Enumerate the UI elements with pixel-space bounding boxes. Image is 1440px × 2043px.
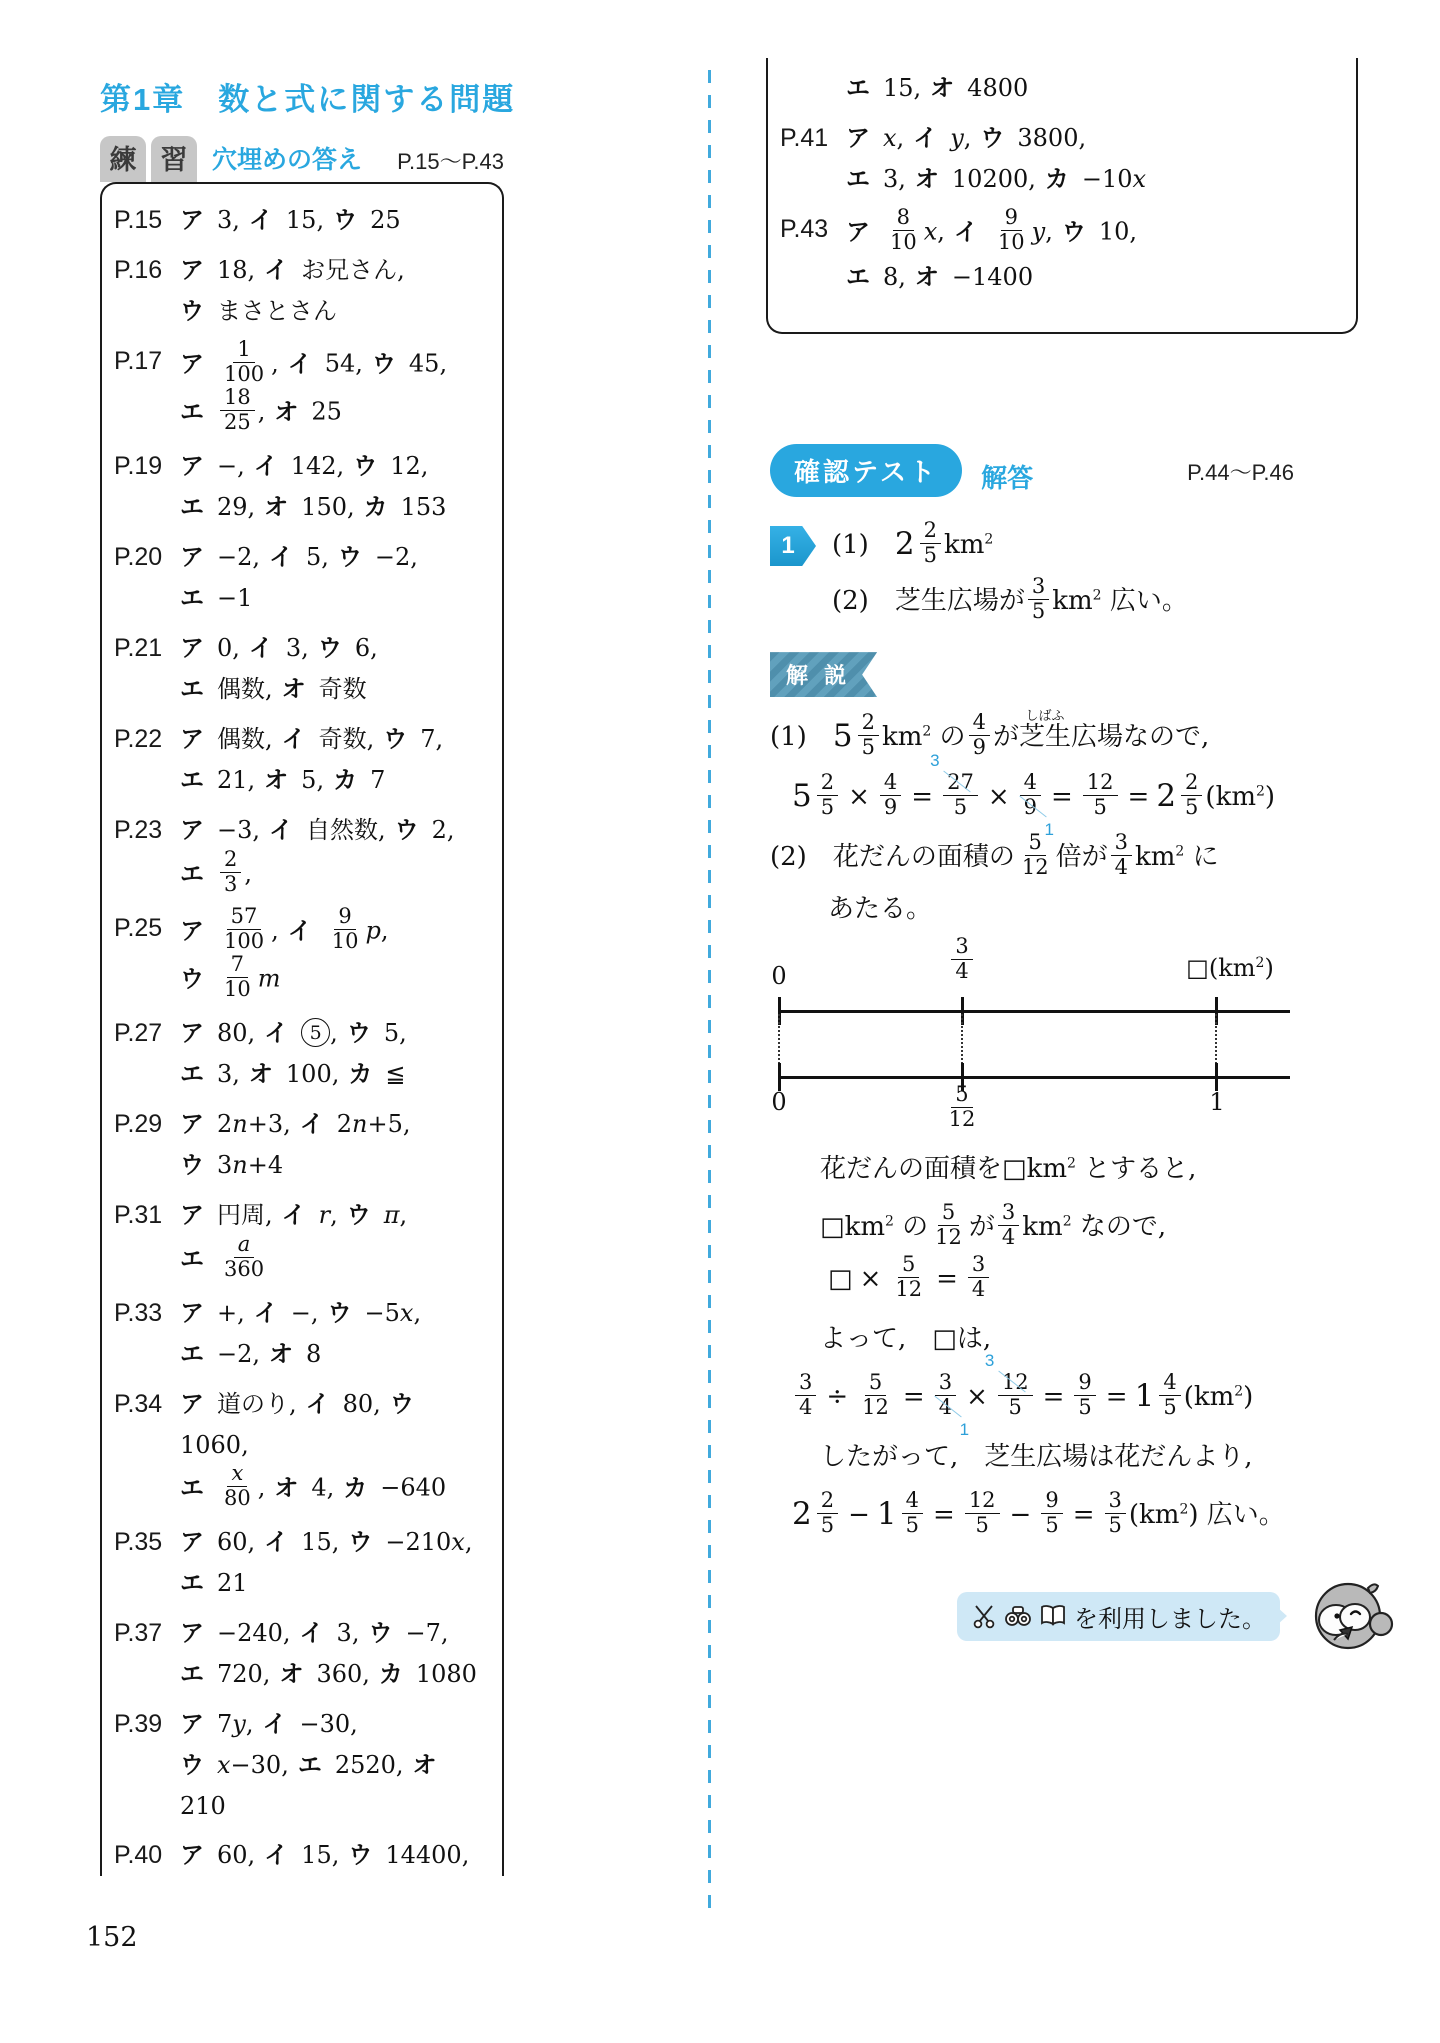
option-label: イ: [300, 1111, 324, 1138]
mixed-number: 225: [895, 522, 944, 570]
option-label: エ: [846, 166, 870, 193]
answer-line: ア+,イ−,ウ−5x,: [180, 1293, 492, 1334]
practice-answer-box: P.15ア3,イ15,ウ25P.16ア18,イお兄さん,ウまさとさんP.17ア1…: [100, 182, 504, 1876]
option-label: オ: [269, 1341, 293, 1368]
answer-line: エa360: [180, 1236, 492, 1284]
option-label: ア: [180, 257, 204, 284]
answer-row: P.33ア+,イ−,ウ−5x,エ−2,オ8: [114, 1293, 492, 1375]
option-label: ア: [180, 1529, 204, 1556]
option-label: ウ: [383, 726, 407, 753]
option-label: イ: [254, 453, 278, 480]
option-label: ウ: [390, 1391, 414, 1418]
answer-row: P.20ア−2,イ5,ウ−2,エ−1: [114, 537, 492, 619]
explanation-line: □km2 の512が34km2 なので,: [770, 1204, 1402, 1252]
option-label: ウ: [180, 1752, 204, 1779]
axis-label-top-0: 0: [768, 962, 790, 990]
answer-row: P.29ア2n+3,イ2n+5,ウ3n+4: [114, 1104, 492, 1186]
fraction: 710: [220, 953, 255, 1001]
option-label: ア: [180, 726, 204, 753]
fraction: 23: [220, 848, 241, 896]
page-ref: P.40: [114, 1835, 180, 1876]
explanation-line: 花だんの面積を□km2 とすると,: [770, 1146, 1402, 1192]
practice-page-range: P.15〜P.43: [397, 145, 504, 176]
number-line-top: [778, 1010, 1290, 1013]
option-label: エ: [180, 767, 204, 794]
option-label: イ: [262, 1711, 286, 1738]
option-label: ア: [180, 1711, 204, 1738]
page-ref: P.21: [114, 628, 180, 710]
answer-line: ウx−30,エ2520,オ210: [180, 1745, 492, 1826]
axis-label-top-unknown: □(km2): [1170, 954, 1290, 982]
fraction: x80: [220, 1462, 255, 1510]
fraction: 810: [886, 206, 921, 254]
option-label: ア: [180, 1300, 204, 1327]
option-label: ウ: [318, 635, 342, 662]
fraction: 49: [880, 771, 901, 819]
option-label: エ: [180, 1475, 204, 1502]
answer-line: エ29,オ150,カ153: [180, 487, 492, 528]
page-number: 152: [86, 1922, 138, 1953]
option-label: イ: [954, 219, 978, 246]
option-label: ウ: [180, 1152, 204, 1179]
explanation-line: (1) 525km2 の49が芝生しばふ広場なので,: [770, 709, 1402, 762]
option-label: オ: [279, 1661, 303, 1688]
answer-line: ア2n+3,イ2n+5,: [180, 1104, 492, 1145]
answer-line: エ3,オ10200,カ−10x: [846, 159, 1342, 200]
option-label: オ: [282, 676, 306, 703]
option-label: エ: [180, 1246, 204, 1273]
option-label: エ: [180, 494, 204, 521]
test-answer-label: 解答: [981, 463, 1033, 493]
option-label: カ: [343, 1475, 367, 1502]
answer-row: P.23ア−3,イ自然数,ウ2,エ23,: [114, 810, 492, 899]
mixed-number: 145: [1135, 1374, 1184, 1422]
option-label: エ: [180, 585, 204, 612]
answer-line: エ720,オ360,カ1080: [180, 1654, 492, 1695]
tool-usage-text: を利用しました。: [1074, 1599, 1266, 1634]
test-badge: 確認テスト: [770, 444, 962, 497]
explanation-line: あたる。: [770, 886, 1402, 932]
fraction: 491: [1020, 771, 1041, 819]
fraction: 34: [951, 935, 972, 983]
option-label: カ: [333, 767, 357, 794]
option-label: ア: [180, 453, 204, 480]
cancel-digit: 3: [985, 1352, 994, 1369]
option-label: ウ: [333, 207, 357, 234]
problem-1-answer-line: 1 (1) 225km2: [770, 522, 1402, 570]
fraction: 35: [1105, 1489, 1126, 1537]
mixed-number: 225: [792, 1492, 841, 1540]
answer-row: P.21ア0,イ3,ウ6,エ偶数,オ奇数: [114, 628, 492, 710]
answer-row: P.22ア偶数,イ奇数,ウ7,エ21,オ5,カ7: [114, 719, 492, 801]
option-label: オ: [249, 1061, 273, 1088]
answer-line: ア偶数,イ奇数,ウ7,: [180, 719, 492, 760]
option-label: イ: [306, 1391, 330, 1418]
option-label: イ: [264, 1529, 288, 1556]
fraction: 512: [1018, 831, 1053, 879]
option-label: オ: [264, 767, 288, 794]
option-label: イ: [264, 257, 288, 284]
option-label: オ: [274, 1475, 298, 1502]
option-label: イ: [269, 817, 293, 844]
answer-line: ウ710m: [180, 956, 492, 1004]
option-label: ア: [180, 1620, 204, 1647]
option-label: ア: [180, 351, 204, 378]
axis-label-bottom-0: 0: [768, 1088, 790, 1116]
answer-row: P.31ア円周,イr,ウπ,エa360: [114, 1195, 492, 1284]
option-label: ウ: [180, 966, 204, 993]
option-label: エ: [180, 1341, 204, 1368]
option-label: ア: [180, 544, 204, 571]
option-label: エ: [180, 861, 204, 888]
option-label: ウ: [348, 1842, 372, 1869]
option-label: オ: [915, 264, 939, 291]
binoculars-icon: [1004, 1603, 1032, 1629]
option-label: カ: [348, 1061, 372, 1088]
answer-row: P.37ア−240,イ3,ウ−7,エ720,オ360,カ1080: [114, 1613, 492, 1695]
answer-line: ア80,イ5,ウ5,: [180, 1013, 492, 1054]
fraction: 57100: [220, 905, 268, 953]
fraction: 95: [1041, 1489, 1062, 1537]
option-label: カ: [1045, 166, 1069, 193]
answer-row: エ15,オ4800: [780, 68, 1342, 109]
explanation-line: したがって, 芝生広場は花だんより,: [770, 1434, 1402, 1480]
option-label: ア: [180, 1111, 204, 1138]
option-label: ア: [846, 219, 870, 246]
answer-row: P.19ア−,イ142,ウ12,エ29,オ150,カ153: [114, 446, 492, 528]
option-label: オ: [264, 494, 288, 521]
practice-header: 練習穴埋めの答え P.15〜P.43: [100, 136, 504, 182]
fraction: 34: [795, 1371, 816, 1419]
answer-line: エ1825,オ25: [180, 389, 492, 437]
answer-line: ア1100,イ54,ウ45,: [180, 341, 492, 389]
answer-line: ア60,イ15,ウ−210x,: [180, 1522, 492, 1563]
fraction: 512: [891, 1253, 926, 1301]
option-label: オ: [413, 1752, 437, 1779]
answer-row: P.41アx,イy,ウ3800,エ3,オ10200,カ−10x: [780, 118, 1342, 200]
answer-line: エ3,オ100,カ≦: [180, 1054, 492, 1095]
fraction: 910: [994, 206, 1029, 254]
practice-label: 穴埋めの答え: [212, 146, 362, 174]
option-label: エ: [180, 676, 204, 703]
answer-row: P.39ア7y,イ−30,ウx−30,エ2520,オ210: [114, 1704, 492, 1826]
page-ref: P.23: [114, 810, 180, 899]
answer-1-1: (1) 225km2: [832, 522, 993, 570]
option-label: エ: [846, 75, 870, 102]
option-label: イ: [264, 1842, 288, 1869]
option-label: イ: [254, 1300, 278, 1327]
option-label: イ: [282, 726, 306, 753]
answer-row: P.17ア1100,イ54,ウ45,エ1825,オ25: [114, 341, 492, 437]
answer-line: エ−2,オ8: [180, 1334, 492, 1375]
option-label: カ: [364, 494, 388, 521]
option-label: イ: [264, 1020, 288, 1047]
practice-tab-2: 習: [151, 136, 197, 182]
answer-line: エ15,オ4800: [846, 68, 1342, 109]
monkey-mascot-icon: [1306, 1574, 1398, 1658]
answer-row: P.15ア3,イ15,ウ25: [114, 200, 492, 241]
option-label: エ: [180, 1570, 204, 1597]
answer-row: P.43ア810x,イ910y,ウ10,エ8,オ−1400: [780, 209, 1342, 298]
option-label: ウ: [368, 1620, 392, 1647]
answer-line: エ偶数,オ奇数: [180, 669, 492, 710]
test-header: 確認テスト 解答 P.44〜P.46: [770, 444, 1402, 498]
option-label: ウ: [980, 125, 1004, 152]
option-label: オ: [930, 75, 954, 102]
answer-row: P.25ア57100,イ910p,ウ710m: [114, 908, 492, 1004]
option-label: ウ: [180, 298, 204, 325]
option-label: イ: [913, 125, 937, 152]
fraction: 35: [1028, 575, 1049, 623]
answer-row: P.35ア60,イ15,ウ−210x,エ21: [114, 1522, 492, 1604]
tool-usage-row: を利用しました。: [770, 1574, 1402, 1658]
fraction: 125: [965, 1489, 1000, 1537]
option-label: ア: [180, 1842, 204, 1869]
answer-line: エ21,オ5,カ7: [180, 760, 492, 801]
option-label: イ: [249, 635, 273, 662]
column-divider: [708, 70, 711, 1910]
fraction: 34: [998, 1201, 1019, 1249]
answer-line: エ−1: [180, 578, 492, 619]
page-ref: P.33: [114, 1293, 180, 1375]
option-label: エ: [298, 1752, 322, 1779]
page-ref: P.41: [780, 118, 846, 200]
option-label: ウ: [338, 544, 362, 571]
axis-label-top-three-quarters: 34: [932, 938, 992, 986]
option-label: ウ: [347, 1020, 371, 1047]
equation-2: 34÷512=341×1253=95=145(km2): [770, 1374, 1402, 1422]
answer-line: ア道のり,イ80,ウ1060,: [180, 1384, 492, 1465]
test-page-range: P.44〜P.46: [1187, 456, 1294, 487]
answer-line: ア0,イ3,ウ6,: [180, 628, 492, 669]
answer-line: エ8,オ−1400: [846, 257, 1342, 298]
fraction: 512: [945, 1083, 980, 1131]
answer-line: ア−3,イ自然数,ウ2,: [180, 810, 492, 851]
answer-line: ア810x,イ910y,ウ10,: [846, 209, 1342, 257]
kaisetsu-badge: 解 説: [770, 652, 877, 697]
option-label: ウ: [353, 453, 377, 480]
answer-line: ア円周,イr,ウπ,: [180, 1195, 492, 1236]
test-answer-column: 確認テスト 解答 P.44〜P.46 1 (1) 225km2 (2) 芝生広場…: [770, 444, 1402, 1658]
option-label: ウ: [395, 817, 419, 844]
page-ref: P.20: [114, 537, 180, 619]
double-number-line-diagram: 0 34 □(km2) 0 512 1: [770, 938, 1402, 1134]
answer-line: エx80,オ4,カ−640: [180, 1465, 492, 1513]
answer-line: エ21: [180, 1563, 492, 1604]
explanation-line: よって, □は,: [770, 1316, 1402, 1362]
problem-number-badge: 1: [770, 526, 816, 566]
mixed-number: 145: [877, 1492, 926, 1540]
book-icon: [1039, 1603, 1067, 1629]
page-ref: P.15: [114, 200, 180, 241]
page-ref: P.29: [114, 1104, 180, 1186]
page-ref: P.22: [114, 719, 180, 801]
option-label: ア: [180, 207, 204, 234]
textbook-page: 第1章 数と式に関する問題 練習穴埋めの答え P.15〜P.43 P.15ア3,…: [0, 0, 1440, 2043]
equation-3: 225−145=125−95=35(km2) 広い。: [770, 1492, 1402, 1540]
fraction: a360: [220, 1233, 268, 1281]
page-ref: P.31: [114, 1195, 180, 1284]
tick: [1215, 1063, 1218, 1091]
fraction: 34: [968, 1253, 989, 1301]
option-label: ア: [180, 1202, 204, 1229]
answer-line: ウ3n+4: [180, 1145, 492, 1186]
answer-line: エ23,: [180, 851, 492, 899]
practice-tab-1: 練: [100, 136, 146, 182]
page-ref: P.34: [114, 1384, 180, 1513]
fraction: 1253: [998, 1371, 1033, 1419]
fraction: 341: [935, 1371, 956, 1419]
fraction: 34: [1111, 831, 1132, 879]
option-label: ウ: [1062, 219, 1086, 246]
cancel-digit: 1: [960, 1421, 969, 1438]
fraction: 2753: [943, 771, 978, 819]
fraction: 1825: [220, 386, 255, 434]
option-label: オ: [915, 166, 939, 193]
page-ref: P.43: [780, 209, 846, 298]
option-label: イ: [288, 918, 312, 945]
option-label: カ: [379, 1661, 403, 1688]
tick: [778, 1063, 781, 1091]
fraction: 95: [1074, 1371, 1095, 1419]
practice-answer-box-continued: エ15,オ4800P.41アx,イy,ウ3800,エ3,オ10200,カ−10x…: [766, 58, 1358, 334]
option-label: ウ: [347, 1202, 371, 1229]
equation-1: 525×49=2753×491=125=225(km2): [770, 774, 1402, 822]
scissors-icon: [971, 1603, 997, 1629]
fraction: 512: [931, 1201, 966, 1249]
option-label: イ: [282, 1202, 306, 1229]
circled-number: 5: [301, 1018, 330, 1047]
option-label: イ: [288, 351, 312, 378]
option-label: エ: [180, 399, 204, 426]
answer-row: P.34ア道のり,イ80,ウ1060,エx80,オ4,カ−640: [114, 1384, 492, 1513]
mixed-number: 225: [1156, 774, 1205, 822]
kaisetsu-wrap: 解 説: [770, 652, 1402, 697]
option-label: ア: [846, 125, 870, 152]
answer-line: ア−240,イ3,ウ−7,: [180, 1613, 492, 1654]
mixed-number: 525: [833, 714, 882, 762]
answer-1-2: (2) 芝生広場が35km2 広い。: [770, 578, 1402, 626]
page-ref: P.25: [114, 908, 180, 1004]
answer-line: ア18,イお兄さん,: [180, 250, 492, 291]
answer-line: ア7y,イ−30,: [180, 1704, 492, 1745]
answer-row: P.27ア80,イ5,ウ5,エ3,オ100,カ≦: [114, 1013, 492, 1095]
number-line-bottom: [778, 1076, 1290, 1079]
explanation-line: (2) 花だんの面積の512倍が34km2 に: [770, 834, 1402, 882]
page-ref: P.37: [114, 1613, 180, 1695]
option-label: オ: [274, 399, 298, 426]
option-label: エ: [846, 264, 870, 291]
option-label: ア: [180, 817, 204, 844]
option-label: イ: [269, 544, 293, 571]
fraction: 49: [969, 711, 990, 759]
option-label: ア: [180, 1020, 204, 1047]
answer-line: ア60,イ15,ウ14400,: [180, 1835, 492, 1876]
equation-box: □×512=34: [770, 1256, 1402, 1304]
axis-label-bottom-five-twelfths: 512: [932, 1086, 992, 1134]
option-label: ア: [180, 635, 204, 662]
page-ref: P.17: [114, 341, 180, 437]
page-ref: P.19: [114, 446, 180, 528]
mixed-number: 525: [792, 774, 841, 822]
answer-row: P.16ア18,イお兄さん,ウまさとさん: [114, 250, 492, 332]
option-label: ア: [180, 918, 204, 945]
page-ref: [780, 68, 846, 109]
fraction: 512: [858, 1371, 893, 1419]
cancel-digit: 3: [930, 752, 939, 769]
axis-label-bottom-1: 1: [1206, 1088, 1228, 1116]
fraction: 125: [1083, 771, 1118, 819]
option-label: ア: [180, 1391, 204, 1418]
answer-line: ア57100,イ910p,: [180, 908, 492, 956]
answer-line: ア−2,イ5,ウ−2,: [180, 537, 492, 578]
fraction: 910: [328, 905, 363, 953]
option-label: ウ: [328, 1300, 352, 1327]
answer-line: ア3,イ15,ウ25: [180, 200, 492, 241]
answer-line: アx,イy,ウ3800,: [846, 118, 1342, 159]
option-label: ウ: [348, 1529, 372, 1556]
option-label: イ: [249, 207, 273, 234]
page-ref: P.27: [114, 1013, 180, 1095]
option-label: エ: [180, 1661, 204, 1688]
option-label: イ: [300, 1620, 324, 1647]
page-ref: P.39: [114, 1704, 180, 1826]
chapter-title: 第1章 数と式に関する問題: [100, 74, 515, 119]
answer-line: ア−,イ142,ウ12,: [180, 446, 492, 487]
page-ref: P.16: [114, 250, 180, 332]
option-label: ウ: [372, 351, 396, 378]
answer-row: P.40ア60,イ15,ウ14400,: [114, 1835, 492, 1876]
page-ref: P.35: [114, 1522, 180, 1604]
option-label: エ: [180, 1061, 204, 1088]
tool-usage-bubble: を利用しました。: [957, 1592, 1280, 1641]
answer-line: ウまさとさん: [180, 291, 492, 332]
fraction: 1100: [220, 338, 268, 386]
